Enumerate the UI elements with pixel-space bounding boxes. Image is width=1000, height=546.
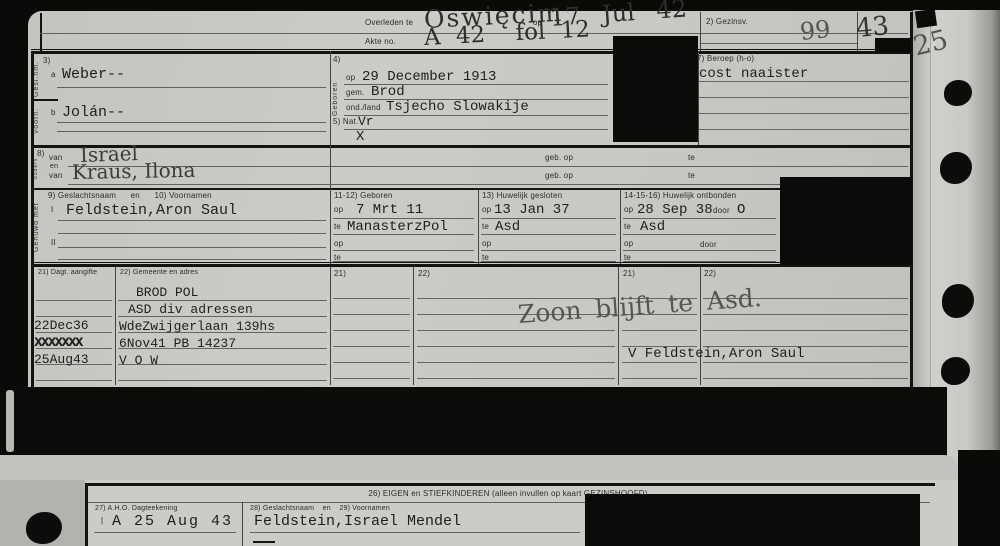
- rule: [623, 250, 776, 251]
- rule: [242, 502, 243, 546]
- col21-header: 21): [334, 269, 346, 278]
- rule: [344, 115, 608, 116]
- op-label: op: [334, 205, 343, 214]
- rule: [700, 267, 701, 385]
- rule: [623, 234, 776, 235]
- op-label: op: [482, 239, 491, 248]
- rule-lines: [36, 285, 112, 383]
- rule: [253, 541, 275, 543]
- beroep-label: 7) Beroep (h-o): [697, 54, 754, 63]
- marriage-date-typed: 13 Jan 37: [494, 202, 570, 218]
- spouse-birth-place-typed: ManasterzPol: [347, 219, 448, 235]
- sub-a-label: a: [51, 70, 56, 79]
- rule: [85, 483, 935, 486]
- birth-country-typed: Tsjecho Slowakije: [386, 99, 529, 115]
- rule: [700, 12, 701, 51]
- spouse-name-typed: Feldstein,Aron Saul: [66, 202, 237, 219]
- voornamen-vertical-label: Voorn.: [33, 102, 40, 140]
- rule: [333, 261, 474, 262]
- rule: [57, 122, 326, 123]
- op-label: op: [624, 205, 633, 214]
- te-label: te: [624, 222, 631, 231]
- overleden-te-label: Overleden te: [365, 18, 413, 27]
- col21-header: 21): [623, 269, 635, 278]
- marriage-name-header: 9) Geslachtsnaam en 10) Voornamen: [48, 191, 212, 200]
- page-sliver: [6, 390, 14, 452]
- rule: [620, 190, 621, 264]
- field3-number: 3): [43, 56, 51, 65]
- op-label: op: [482, 205, 491, 214]
- gemeente-label: gem.: [346, 88, 365, 97]
- akte-no-label: Akte no.: [365, 37, 396, 46]
- rule: [115, 267, 116, 385]
- redaction-box: [585, 494, 920, 546]
- address-line-typed: BROD POL: [136, 285, 198, 300]
- rule: [478, 190, 479, 264]
- spouse-birth-date-typed: 7 Mrt 11: [356, 202, 423, 218]
- rule-lines: [699, 66, 909, 144]
- rule: [481, 261, 616, 262]
- door-label: door: [713, 206, 730, 215]
- rule: [31, 49, 912, 50]
- geb-op-label: geb. op: [545, 153, 573, 162]
- gezinsv-label: 2) Gezinsv.: [706, 17, 748, 26]
- rule: [31, 99, 58, 101]
- col22-header: 22): [418, 269, 430, 278]
- ouders-vertical-label: ouders: [33, 152, 39, 184]
- te-label: te: [334, 222, 341, 231]
- page-gap-band: [0, 455, 958, 480]
- rule: [623, 261, 776, 262]
- rule: [58, 259, 326, 260]
- van-label: van: [49, 153, 63, 162]
- en-label: en: [50, 163, 58, 170]
- child-name-typed: Feldstein,Israel Mendel: [254, 513, 461, 530]
- rule: [57, 131, 326, 132]
- rule: [57, 87, 326, 88]
- field5-nat-label: 5) Nat.: [333, 117, 358, 126]
- col22-header: 22): [704, 269, 716, 278]
- geb-op-label: geb. op: [545, 171, 573, 180]
- address-line-typed: WdeZwijgerlaan 139hs: [119, 319, 275, 334]
- door-label: door: [700, 240, 717, 249]
- firstname-typed: Jolán--: [62, 104, 125, 121]
- te-label: te: [688, 171, 695, 180]
- registration-date-struck-typed: XXXXXXX: [34, 335, 82, 350]
- address-line-typed: ASD div adressen: [128, 302, 253, 317]
- tick-mark: |: [101, 516, 103, 525]
- rule: [481, 250, 616, 251]
- aho-date-typed: A 25 Aug 43: [112, 513, 233, 530]
- ond-land-label: ond./land: [346, 103, 381, 112]
- roman-i-label: I: [51, 205, 53, 214]
- gehuwd-met-vertical-label: Gehuwd met: [33, 194, 40, 260]
- dagt-aangifte-header: 21) Dagt. aangifte: [38, 269, 97, 276]
- op-label: op: [334, 239, 343, 248]
- rule: [344, 129, 608, 130]
- huwelijk-gesloten-header: 13) Huwelijk gesloten: [482, 191, 562, 200]
- nat-value-typed: Vr: [358, 114, 374, 129]
- mother-name-handwritten: Kraus, Ilona: [72, 158, 196, 184]
- surname-typed: Weber--: [62, 66, 125, 83]
- roman-ii-label: II: [51, 238, 56, 247]
- rule: [481, 234, 616, 235]
- background-right: [958, 450, 1000, 546]
- sub-b-label: b: [51, 108, 56, 117]
- redaction-box: [780, 177, 912, 265]
- birth-date-typed: 29 December 1913: [362, 69, 496, 85]
- address-line-typed: 6Nov41 PB 14237: [119, 336, 236, 351]
- te-label: te: [688, 153, 695, 162]
- child-name-header: 28) Geslachtsnaam en 29) Voornamen: [250, 505, 390, 512]
- op-label: op: [624, 239, 633, 248]
- redaction-bar: [0, 387, 947, 458]
- op-label: op: [346, 73, 355, 82]
- rule: [700, 43, 857, 44]
- te-label: te: [482, 222, 489, 231]
- rule: [40, 13, 42, 51]
- rule: [618, 267, 619, 385]
- redaction-box: [875, 38, 911, 53]
- redaction-box: [613, 36, 698, 142]
- rule: [330, 51, 331, 264]
- marriage-place-typed: Asd: [495, 219, 520, 235]
- divorce-place-typed: Asd: [640, 219, 665, 235]
- rule: [31, 145, 912, 148]
- van2-label: van: [49, 171, 63, 180]
- rule: [31, 51, 912, 54]
- rule-lines: [333, 283, 410, 383]
- huwelijk-ontbonden-header: 14-15-16) Huwelijk ontbonden: [624, 191, 736, 200]
- registration-date-typed: 25Aug43: [34, 352, 89, 367]
- birth-place-typed: Brod: [371, 84, 405, 100]
- field4-number: 4): [333, 55, 341, 64]
- divorce-date-typed: 28 Sep 38: [637, 202, 713, 218]
- father-reference-typed: V Feldstein,Aron Saul: [628, 346, 804, 362]
- spouse-born-header: 11-12) Geboren: [334, 191, 393, 200]
- rule: [250, 532, 580, 533]
- aho-dagteekening-label: 27) A.H.O. Dagteekening: [95, 505, 177, 512]
- rule: [58, 247, 326, 248]
- gezinsv-number-handwritten: 99: [799, 15, 832, 46]
- rule: [330, 267, 331, 385]
- divorce-by-typed: O: [737, 202, 745, 218]
- rule: [413, 267, 414, 385]
- rule: [58, 220, 326, 221]
- rule: [58, 233, 326, 234]
- scanned-registration-card: Overleden te Oswięcim op 17 Jul 42 Akte …: [0, 0, 1000, 546]
- rule: [333, 234, 474, 235]
- registration-date-typed: 22Dec36: [34, 318, 89, 333]
- x-mark-typed: X: [356, 129, 364, 145]
- geslachtsnaam-vertical-label: Gesl.nm.: [33, 60, 40, 98]
- gemeente-adres-header: 22) Gemeente en adres: [120, 269, 198, 276]
- rule: [333, 250, 474, 251]
- rule: [94, 532, 236, 533]
- address-line-typed: V O W: [119, 353, 158, 368]
